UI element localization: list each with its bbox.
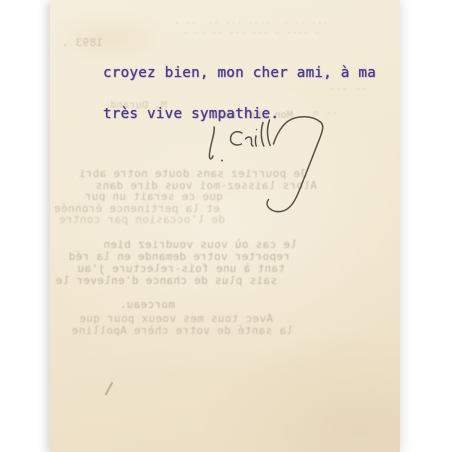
- signature-stroke: [246, 137, 254, 146]
- bleedthrough-line: - ---- - --- --- -- -- -: [183, 28, 320, 38]
- signature-stroke: [255, 136, 256, 146]
- signature-stroke: [268, 120, 271, 146]
- bleedthrough-line: morceau.: [120, 298, 175, 311]
- bleedthrough-line: 1893 .: [61, 36, 103, 49]
- bleedthrough-line: la santé de votre chère Apolline: [71, 324, 293, 337]
- signature-stroke: [209, 127, 214, 159]
- bleedthrough-line: sais plus de chance d'enlever le: [55, 274, 277, 287]
- signature-stroke: [261, 123, 263, 147]
- bleedthrough-line: tant à une fois-relecture j'au: [77, 262, 285, 275]
- bleedthrough-line: le cas où vous voudriez bien: [103, 238, 297, 251]
- handwritten-signature: [200, 112, 340, 220]
- signature-dot: [221, 160, 223, 162]
- pen-mark: [105, 382, 113, 396]
- bleedthrough-line: reporter votre demande en la réd: [68, 250, 290, 263]
- photo-background: --- -- - ---- --- -- -- -- ---- - --- --…: [0, 0, 452, 452]
- letter-paper: --- -- - ---- --- -- -- -- ---- - --- --…: [50, 0, 400, 452]
- signature-dot: [256, 129, 258, 131]
- typed-line-1: croyez bien, mon cher ami, à ma: [103, 67, 376, 81]
- bleedthrough-line: Avec tous mes voeux pour que: [79, 312, 273, 325]
- bleedthrough-line: et la pertinence éronnée: [54, 202, 220, 215]
- signature-flourish: [267, 117, 323, 212]
- bleedthrough-line: --- -- - ---- --- -- -- -: [174, 18, 328, 28]
- signature-stroke: [231, 132, 243, 145]
